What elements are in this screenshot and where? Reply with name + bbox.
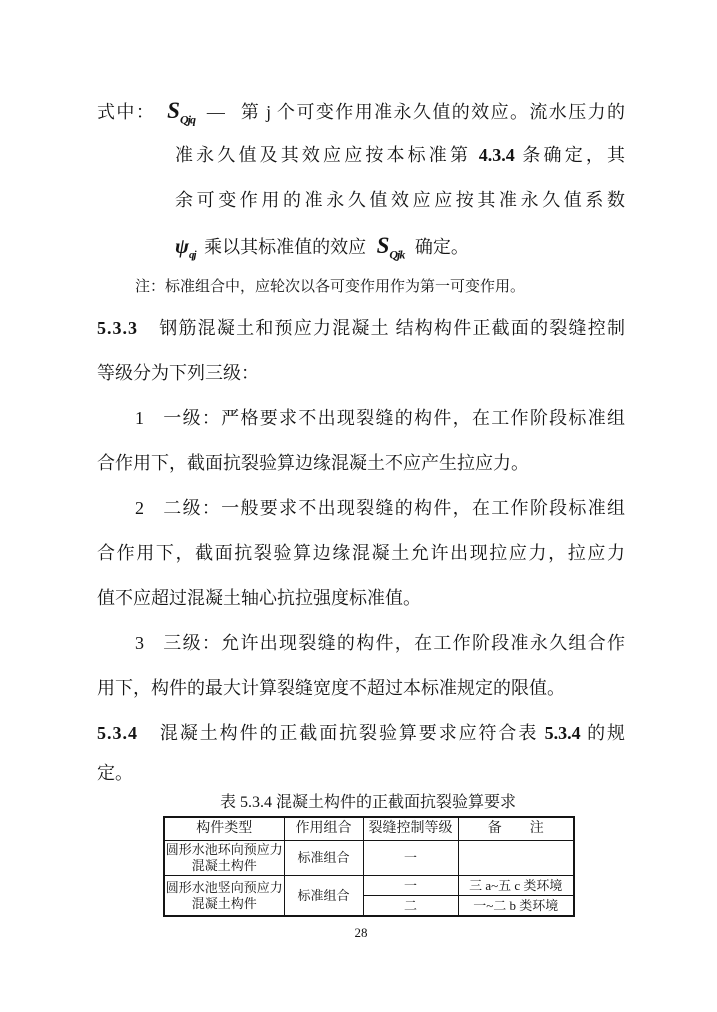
legend-dash: — xyxy=(207,102,225,122)
grade-item-2-line3: 值不应超过混凝土轴心抗拉强度标准值。 xyxy=(97,576,625,621)
item-3-number: 3 xyxy=(135,633,144,653)
clause-533-line1: 5.3.3钢筋混凝土和预应力混凝土 结构构件正截面的裂缝控制 xyxy=(97,306,625,351)
symbol-subscript: Qjq xyxy=(180,113,195,127)
legend-text-4b: 确定。 xyxy=(415,237,469,257)
formula-legend-line4: ψqj 乘以其标准值的效应 SQjk 确定。 xyxy=(97,223,625,268)
clause-534-text1a: 混凝土构件的正截面抗裂验算要求应符合表 xyxy=(158,723,545,743)
legend-text-2a: 准永久值及其效应应按本标准第 xyxy=(175,145,479,165)
cell-member-type: 圆形水池竖向预应力混凝土构件 xyxy=(164,876,284,917)
clause-533-text1: 钢筋混凝土和预应力混凝土 结构构件正截面的裂缝控制 xyxy=(158,318,625,338)
table-ref-number: 5.3.4 xyxy=(545,723,581,743)
symbol-s-qjq: SQjq xyxy=(167,98,195,123)
cell-member-type: 圆形水池环向预应力混凝土构件 xyxy=(164,841,284,876)
legend-text-1: 第 j 个可变作用准永久值的效应。流水压力的 xyxy=(241,102,625,122)
page-number: 28 xyxy=(97,923,625,943)
formula-legend-line3: 余可变作用的准永久值效应应按其准永久值系数 xyxy=(97,178,625,223)
grade-item-3-line2: 用下，构件的最大计算裂缝宽度不超过本标准规定的限值。 xyxy=(97,666,625,711)
document-page: 式中： SQjq — 第 j 个可变作用准永久值的效应。流水压力的 准永久值及其… xyxy=(0,0,717,1012)
cell-grade: 一 xyxy=(363,876,458,896)
crack-check-table: 构件类型 作用组合 裂缝控制等级 备 注 圆形水池环向预应力混凝土构件 标准组合… xyxy=(163,816,575,917)
clause-534-number: 5.3.4 xyxy=(97,723,138,743)
header-action-combination: 作用组合 xyxy=(284,817,363,841)
note-line: 注：标准组合中，应轮次以各可变作用作为第一可变作用。 xyxy=(97,268,625,306)
legend-text-4a: 乘以其标准值的效应 xyxy=(204,237,366,257)
clause-533-number: 5.3.3 xyxy=(97,318,138,338)
legend-text-3: 余可变作用的准永久值效应应按其准永久值系数 xyxy=(175,190,625,210)
clause-533-line2: 等级分为下列三级： xyxy=(97,351,625,396)
clause-534-line2: 定。 xyxy=(97,756,625,790)
symbol-base: S xyxy=(167,98,180,123)
symbol-psi-qj: ψqj xyxy=(175,234,196,258)
header-crack-control-grade: 裂缝控制等级 xyxy=(363,817,458,841)
symbol-subscript: Qjk xyxy=(389,248,404,262)
symbol-subscript: qj xyxy=(189,249,196,261)
clause-534-text1b: 的规 xyxy=(581,723,625,743)
formula-legend-label: 式中： xyxy=(97,102,155,122)
item-1-number: 1 xyxy=(135,408,144,428)
clause-534-line1: 5.3.4混凝土构件的正截面抗裂验算要求应符合表 5.3.4 的规 xyxy=(97,711,625,756)
cell-action-combination: 标准组合 xyxy=(284,876,363,917)
cell-grade: 一 xyxy=(363,841,458,876)
formula-legend-line2: 准永久值及其效应应按本标准第 4.3.4 条确定，其 xyxy=(97,133,625,178)
item-3-text1: 三级：允许出现裂缝的构件，在工作阶段准永久组合作 xyxy=(162,633,625,653)
symbol-base: S xyxy=(377,233,390,258)
formula-legend-line1: 式中： SQjq — 第 j 个可变作用准永久值的效应。流水压力的 xyxy=(97,88,625,133)
cell-remark: 三 a~五 c 类环境 xyxy=(458,876,574,896)
table-header-row: 构件类型 作用组合 裂缝控制等级 备 注 xyxy=(164,817,574,841)
table-title: 表 5.3.4 混凝土构件的正截面抗裂验算要求 xyxy=(163,790,573,816)
symbol-s-qjk: SQjk xyxy=(377,233,405,258)
grade-item-3-line1: 3三级：允许出现裂缝的构件，在工作阶段准永久组合作 xyxy=(97,621,625,666)
table-row: 圆形水池竖向预应力混凝土构件 标准组合 一 三 a~五 c 类环境 xyxy=(164,876,574,896)
legend-text-2b: 条确定，其 xyxy=(515,145,625,165)
item-2-text1: 二级：一般要求不出现裂缝的构件，在工作阶段标准组 xyxy=(162,498,625,518)
page-content: 式中： SQjq — 第 j 个可变作用准永久值的效应。流水压力的 准永久值及其… xyxy=(97,88,625,943)
cell-remark xyxy=(458,841,574,876)
grade-item-2-line1: 2二级：一般要求不出现裂缝的构件，在工作阶段标准组 xyxy=(97,486,625,531)
symbol-base: ψ xyxy=(175,234,189,258)
cell-action-combination: 标准组合 xyxy=(284,841,363,876)
item-2-number: 2 xyxy=(135,498,144,518)
clause-ref-number: 4.3.4 xyxy=(479,145,515,165)
cell-grade: 二 xyxy=(363,896,458,917)
grade-item-1-line1: 1一级：严格要求不出现裂缝的构件，在工作阶段标准组 xyxy=(97,396,625,441)
item-1-text1: 一级：严格要求不出现裂缝的构件，在工作阶段标准组 xyxy=(162,408,625,428)
grade-item-2-line2: 合作用下，截面抗裂验算边缘混凝土允许出现拉应力，拉应力 xyxy=(97,531,625,576)
grade-item-1-line2: 合作用下，截面抗裂验算边缘混凝土不应产生拉应力。 xyxy=(97,441,625,486)
table-row: 圆形水池环向预应力混凝土构件 标准组合 一 xyxy=(164,841,574,876)
header-member-type: 构件类型 xyxy=(164,817,284,841)
header-remark: 备 注 xyxy=(458,817,574,841)
cell-remark: 一~二 b 类环境 xyxy=(458,896,574,917)
